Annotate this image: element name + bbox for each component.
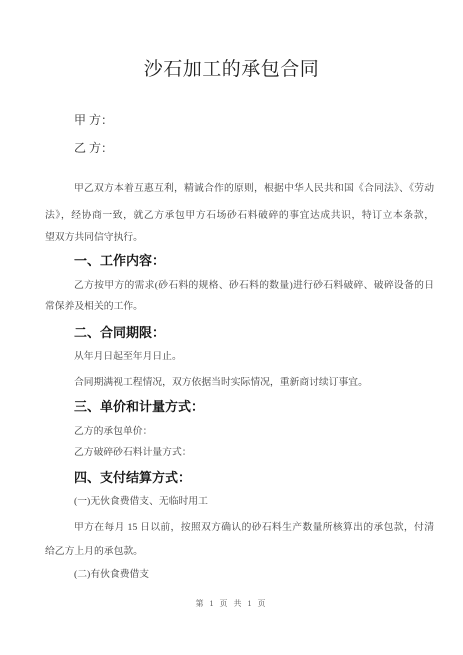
section-4-line-3: 给乙方上月的承包款。 (45, 545, 434, 559)
section-1-line-2: 常保养及相关的工作。 (45, 300, 434, 314)
party-a-label: 甲 方： (45, 113, 463, 128)
section-1-heading: 一、工作内容： (45, 253, 463, 269)
section-3-heading: 三、单价和计量方式： (45, 399, 463, 415)
section-2-line-1: 从年月日起至年月日止。 (45, 350, 434, 364)
intro-line-1: 甲乙双方本着互惠互利，精诚合作的原则，根据中华人民共和国《合同法》、《劳动 (45, 182, 434, 196)
document-page: 沙石加工的承包合同 甲 方： 乙 方： 甲乙双方本着互惠互利，精诚合作的原则，根… (0, 0, 463, 655)
section-4-heading: 四、支付结算方式： (45, 470, 463, 486)
section-4-line-1: (一)无伙食费借支、无临时用工 (45, 495, 434, 509)
document-title: 沙石加工的承包合同 (0, 57, 463, 83)
intro-line-2: 法》，经协商一致，就乙方承包甲方石场砂石料破碎的事宜达成共识，特订立本条款， (45, 209, 434, 223)
section-3-line-2: 乙方破碎砂石料计量方式： (45, 446, 434, 460)
section-4-line-2: 甲方在每月 15 日以前，按照双方确认的砂石料生产数量所核算出的承包款，付清 (45, 521, 434, 535)
section-1-line-1: 乙方按甲方的需求(砂石料的规格、砂石料的数量)进行砂石料破碎、破碎设备的日 (45, 279, 434, 293)
party-b-label: 乙 方： (45, 141, 463, 156)
section-4-line-4: (二)有伙食费借支 (45, 568, 434, 582)
section-3-line-1: 乙方的承包单价： (45, 425, 434, 439)
section-2-line-2: 合同期满视工程情况，双方依据当时实际情况，重新商讨续订事宜。 (45, 376, 434, 390)
section-2-heading: 二、合同期限： (45, 325, 463, 341)
intro-line-3: 望双方共同信守执行。 (45, 231, 434, 245)
page-number-footer: 第 1 页 共 1 页 (0, 598, 463, 609)
